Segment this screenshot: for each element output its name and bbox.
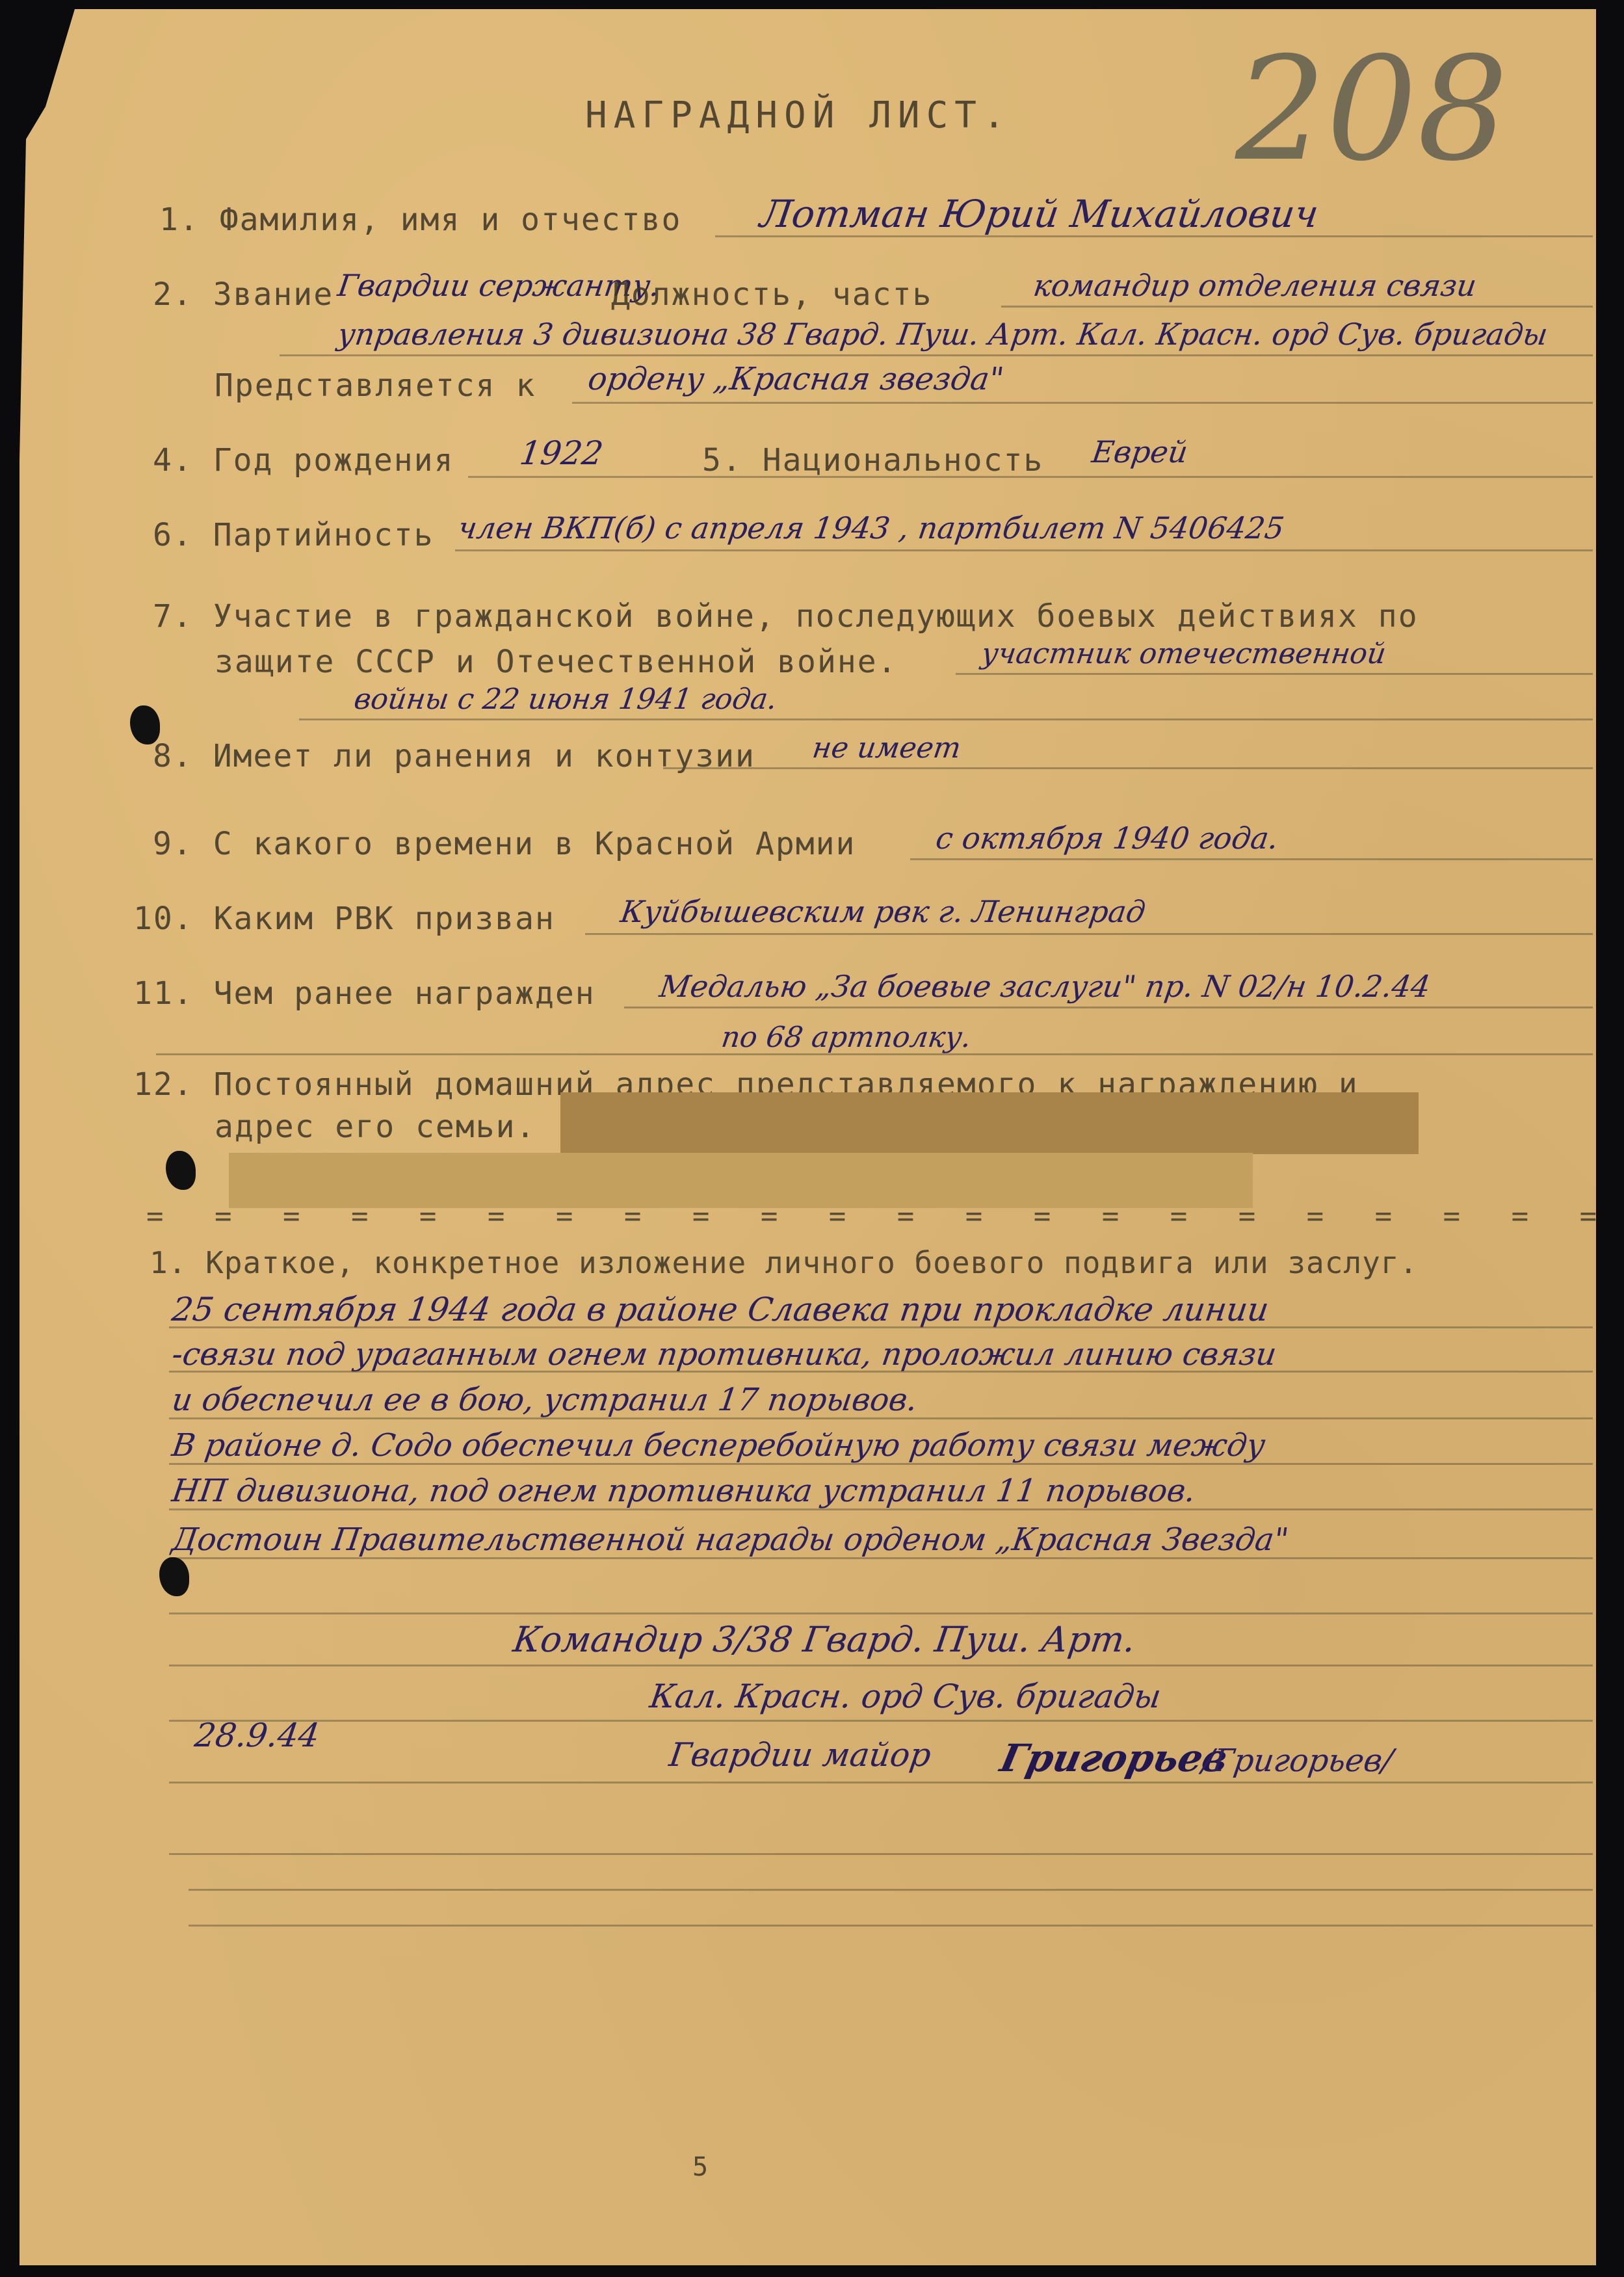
rule [663,767,1593,769]
field-7-value-1: участник отечественной [979,637,1388,670]
feat-line-5: НП дивизиона, под огнем противника устра… [170,1473,1198,1509]
signature-name: /Григорьев/ [1200,1743,1395,1779]
redacted-address-block [560,1092,1419,1154]
rule [169,1417,1593,1419]
field-10-label: 10. Каким РВК призван [133,901,555,937]
signature-line-1: Командир 3/38 Гвард. Пуш. Арт. [511,1619,1138,1660]
rule [910,858,1593,860]
field-3-label: Представляется к [215,367,536,404]
rule [299,718,1593,720]
rule [455,549,1593,551]
field-9-label: 9. С какого времени в Красной Армии [153,826,856,862]
field-5-label: 5. Национальность [702,442,1043,479]
feat-line-1: 25 сентября 1944 года в районе Славека п… [170,1291,1271,1328]
field-6-label: 6. Партийность [153,517,434,553]
separator-line: = = = = = = = = = = = = = = = = = = = = … [146,1200,1624,1233]
field-2-value-post-2: управления 3 дивизиона 38 Гвард. Пуш. Ар… [335,317,1550,352]
field-11-value-2: по 68 артполку. [719,1021,973,1054]
field-1-value: Лотман Юрий Михайлович [757,192,1321,236]
rule [280,354,1593,356]
feat-line-2: -связи под ураганным огнем противника, п… [170,1336,1279,1373]
page-number: 5 [692,2152,709,2182]
field-10-value: Куйбышевским рвк г. Ленинград [618,894,1147,929]
rule [468,476,1593,478]
rule [169,1782,1593,1783]
rule [189,1889,1593,1891]
rule [715,235,1593,237]
archive-number: 208 [1235,26,1508,192]
rule [169,1853,1593,1855]
rule [572,402,1593,404]
rule [169,1326,1593,1328]
field-2-label-rank: 2. Звание [153,276,334,313]
field-2-label-post: Должность, часть [611,276,932,313]
feat-line-6: Достоин Правительственной награды ордено… [170,1521,1290,1558]
rule [169,1720,1593,1722]
signature-date: 28.9.44 [192,1717,322,1754]
rule [169,1508,1593,1510]
field-1-label: 1. Фамилия, имя и отчество [159,202,681,238]
field-9-value: с октября 1940 года. [934,821,1281,856]
rule [156,1053,1593,1055]
rule [956,673,1593,675]
rule [169,1463,1593,1465]
field-7-label-1: 7. Участие в гражданской войне, последую… [153,598,1419,635]
rule [169,1371,1593,1373]
field-11-label: 11. Чем ранее награжден [133,975,596,1012]
field-4-value: 1922 [517,434,605,472]
document-title: НАГРАДНОЙ ЛИСТ. [585,94,1012,137]
field-7-label-2: защите СССР и Отечественной войне. [215,644,898,680]
field-4-label: 4. Год рождения [153,442,454,479]
field-2-value-post-1: командир отделения связи [1031,268,1478,303]
feat-line-4: В районе д. Содо обеспечил бесперебойную… [170,1427,1268,1464]
rule [624,1007,1593,1008]
field-3-value: ордену „Красная звезда" [586,361,1006,397]
field-8-value: не имеет [810,731,963,765]
field-11-value-1: Медалью „За боевые заслуги" пр. N 02/н 1… [657,969,1432,1004]
rule [585,933,1593,935]
field-6-value: член ВКП(б) с апреля 1943 , партбилет N … [456,510,1286,546]
rule [1001,306,1593,308]
rule [169,1557,1593,1559]
rule [169,1665,1593,1666]
rule [169,1612,1593,1614]
signature-line-2: Кал. Красн. орд Сув. бригады [648,1678,1164,1715]
field-7-value-2: войны с 22 июня 1941 года. [352,683,779,716]
feat-line-3: и обеспечил ее в бою, устранил 17 порыво… [170,1382,920,1418]
feat-label: 1. Краткое, конкретное изложение личного… [150,1245,1418,1280]
field-5-value: Еврей [1090,434,1190,469]
rule [189,1925,1593,1927]
handwritten-signature: Григорьев [997,1736,1232,1780]
field-12-label-2: адрес его семьи. [215,1109,536,1145]
signature-rank: Гвардии майор [667,1736,934,1774]
